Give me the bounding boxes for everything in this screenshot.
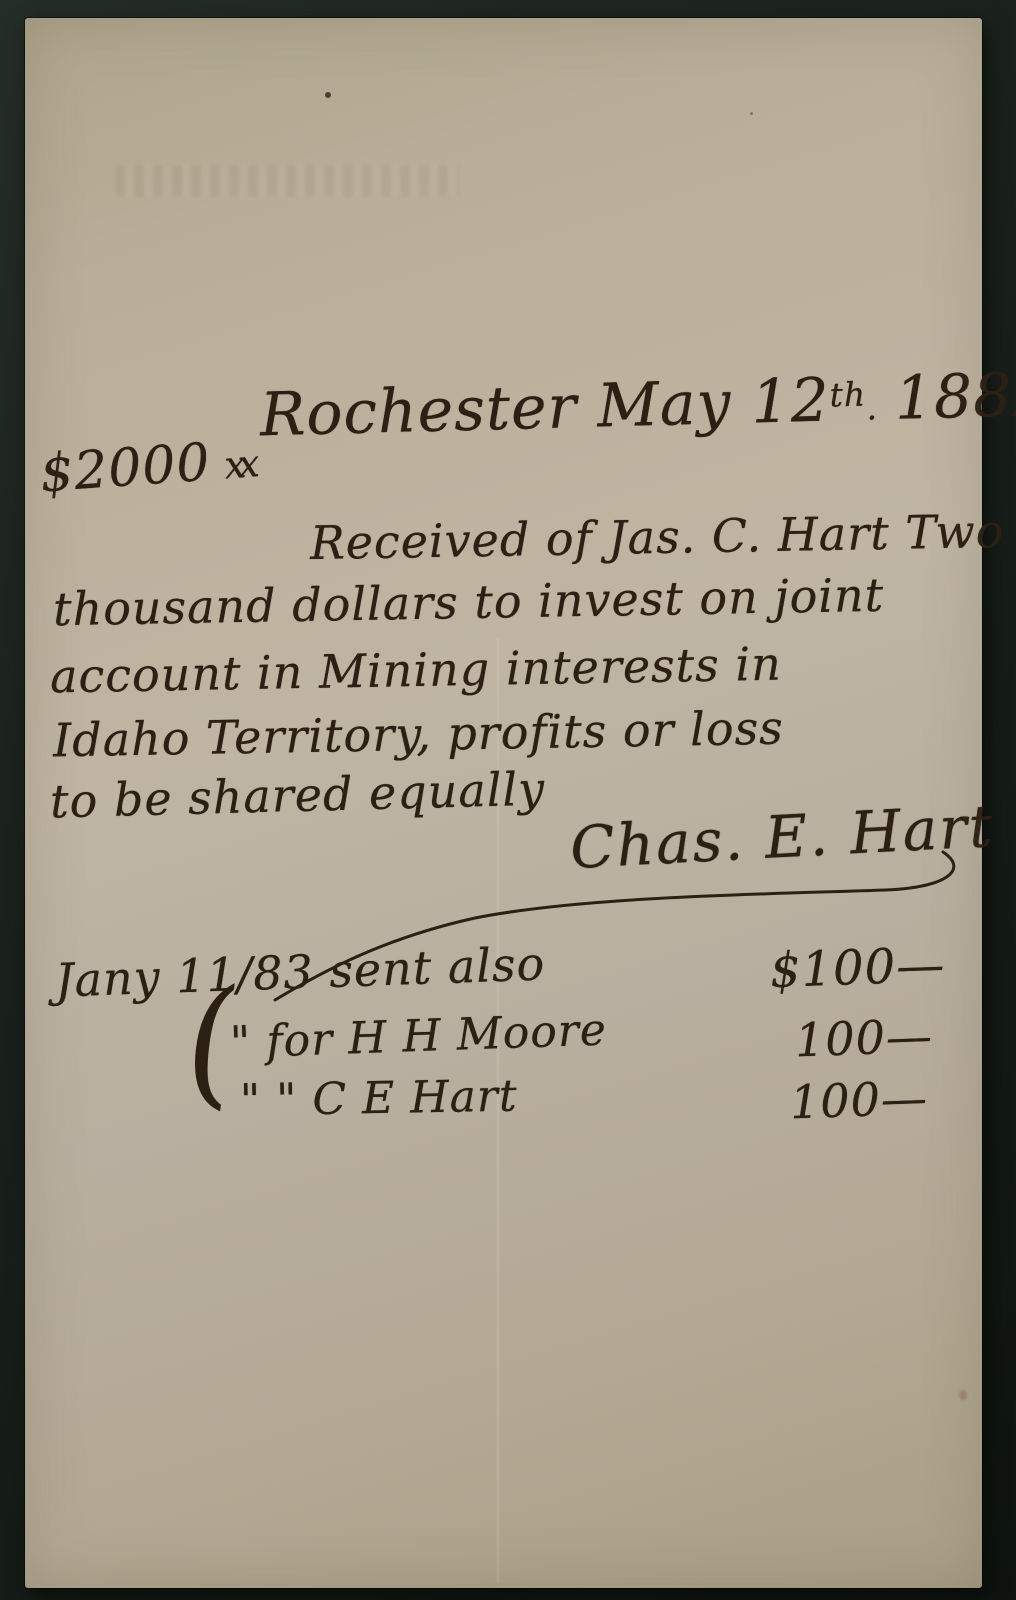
photo-background: { "scene": { "background_color": "#1b221… (0, 0, 1016, 1600)
body-line: Received of Jas. C. Hart Two (310, 504, 1005, 570)
body-line: thousand dollars to invest on joint (53, 568, 885, 636)
ink-speck (325, 92, 331, 98)
body-line: account in Mining interests in (50, 637, 783, 704)
dateline-place: Rochester (259, 372, 578, 450)
receipt-paper: Rochester May 12th. 1882 $2000xx Receive… (25, 18, 982, 1588)
ledger-entry: " " C E Hart (240, 1071, 518, 1127)
ledger-amount: 100— (794, 1009, 934, 1068)
dateline-day: 12 (750, 365, 830, 437)
signature: Chas. E. Hart (569, 792, 996, 882)
amount-value: $2000 (38, 433, 212, 505)
body-line: Idaho Territory, profits or loss (53, 701, 785, 768)
dateline: Rochester May 12th. 1882 (259, 360, 1016, 451)
ledger-entry: Jany 11/83 sent also (54, 936, 546, 1007)
dateline-year: 1882 (894, 360, 1016, 434)
dateline-separator: . (866, 388, 876, 427)
body-line: to be shared equally (49, 762, 545, 829)
amount-line: $2000xx (38, 430, 253, 505)
ledger-entry: " for H H Moore (229, 1004, 607, 1068)
ledger-amount: $100— (769, 937, 946, 999)
dateline-ordinal: th (829, 374, 867, 414)
edge-stain (959, 1390, 967, 1400)
ledger-amount: 100— (789, 1071, 929, 1130)
dateline-month: May (596, 368, 732, 441)
paper-speck (750, 112, 753, 115)
embossed-stamp (115, 165, 460, 197)
no-cents-mark: xx (223, 442, 253, 488)
